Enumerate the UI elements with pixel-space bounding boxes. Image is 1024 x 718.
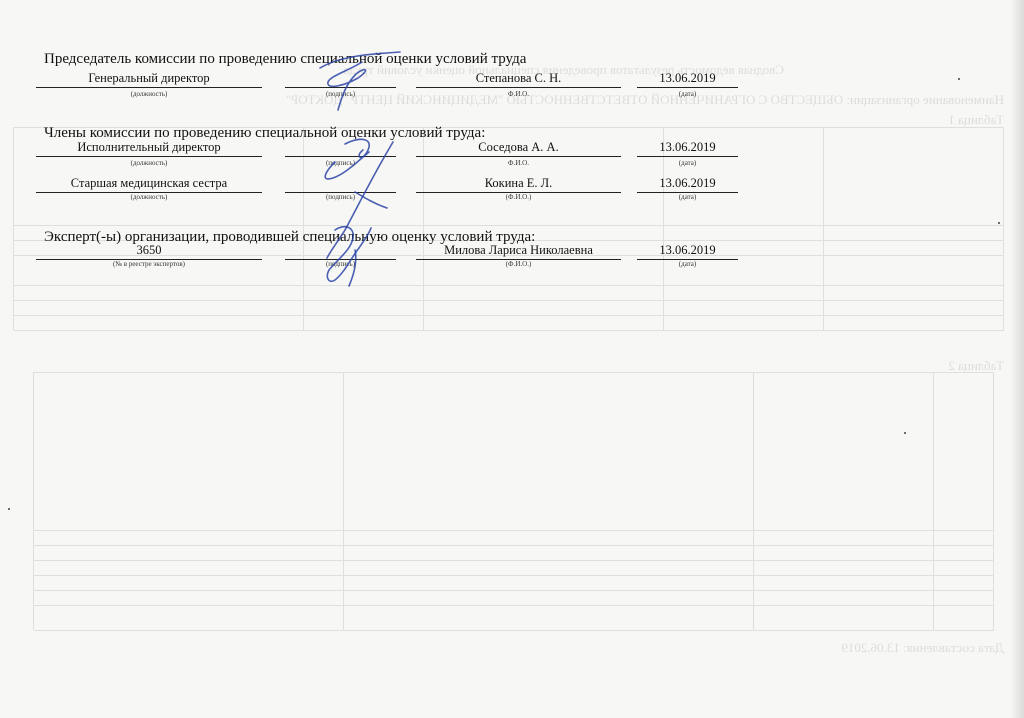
- position-caption: (должность): [36, 159, 262, 167]
- date-caption: (дата): [637, 159, 738, 167]
- bleed-table2-label: Таблица 2: [948, 358, 1004, 374]
- page-edge-shadow: [1010, 0, 1024, 718]
- member-2-date: 13.06.2019: [637, 176, 738, 191]
- member-2-signature-field: (подпись): [285, 177, 396, 193]
- name-caption: Ф.И.О.: [416, 159, 621, 167]
- field-underline: [637, 87, 738, 88]
- bleed-date-line: Дата составления: 13.06.2019: [841, 640, 1004, 656]
- date-caption: (дата): [637, 193, 738, 201]
- member-2-date-field: 13.06.2019 (дата): [637, 177, 738, 193]
- member-1-position: Исполнительный директор: [36, 140, 262, 155]
- member-1-signature-field: (подпись): [285, 141, 396, 157]
- signature-caption: (подпись): [285, 260, 396, 268]
- chairman-position-field: Генеральный директор (должность): [36, 72, 262, 88]
- member-1-name: Соседова А. А.: [416, 140, 621, 155]
- name-caption: (Ф.И.О.): [416, 260, 621, 268]
- member-2-name-field: Кокина Е. Л. (Ф.И.О.): [416, 177, 621, 193]
- name-caption: (Ф.И.О.): [416, 193, 621, 201]
- bleed-table1-label: Таблица 1: [948, 112, 1004, 128]
- member-2-position-field: Старшая медицинская сестра (должность): [36, 177, 262, 193]
- chairman-position: Генеральный директор: [36, 71, 262, 86]
- chairman-signature-field: (подпись): [285, 72, 396, 88]
- member-1-date-field: 13.06.2019 (дата): [637, 141, 738, 157]
- field-underline: [36, 156, 262, 157]
- chairman-date: 13.06.2019: [637, 71, 738, 86]
- field-underline: [637, 156, 738, 157]
- document-page: Сводная ведомость результатов проведения…: [0, 0, 1024, 718]
- expert-registry-field: 3650 (№ в реестре экспертов): [36, 246, 262, 260]
- chairman-heading: Председатель комиссии по проведению спец…: [44, 51, 526, 68]
- date-caption: (дата): [637, 90, 738, 98]
- date-caption: (дата): [637, 260, 738, 268]
- position-caption: (должность): [36, 193, 262, 201]
- chairman-name-field: Степанова С. Н. Ф.И.О.: [416, 72, 621, 88]
- member-1-position-field: Исполнительный директор (должность): [36, 141, 262, 157]
- bleed-through-layer: Сводная ведомость результатов проведения…: [0, 0, 1024, 718]
- scan-speck: [958, 78, 960, 80]
- position-caption: (должность): [36, 90, 262, 98]
- member-1-name-field: Соседова А. А. Ф.И.О.: [416, 141, 621, 157]
- expert-name-field: Милова Лариса Николаевна (Ф.И.О.): [416, 246, 621, 260]
- chairman-date-field: 13.06.2019 (дата): [637, 72, 738, 88]
- expert-date: 13.06.2019: [637, 243, 738, 258]
- signature-caption: (подпись): [285, 159, 396, 167]
- field-underline: [36, 87, 262, 88]
- field-underline: [416, 156, 621, 157]
- member-2-name: Кокина Е. Л.: [416, 176, 621, 191]
- scan-speck: [904, 432, 906, 434]
- field-underline: [285, 156, 396, 157]
- member-2-position: Старшая медицинская сестра: [36, 176, 262, 191]
- expert-signature-field: (подпись): [285, 246, 396, 260]
- registry-caption: (№ в реестре экспертов): [36, 260, 262, 268]
- expert-date-field: 13.06.2019 (дата): [637, 246, 738, 260]
- chairman-name: Степанова С. Н.: [416, 71, 621, 86]
- field-underline: [285, 87, 396, 88]
- expert-registry-number: 3650: [36, 243, 262, 258]
- member-1-date: 13.06.2019: [637, 140, 738, 155]
- signature-caption: (подпись): [285, 193, 396, 201]
- field-underline: [416, 87, 621, 88]
- expert-name: Милова Лариса Николаевна: [416, 243, 621, 258]
- scan-speck: [998, 222, 1000, 224]
- signature-caption: (подпись): [285, 90, 396, 98]
- scan-speck: [8, 508, 10, 510]
- name-caption: Ф.И.О.: [416, 90, 621, 98]
